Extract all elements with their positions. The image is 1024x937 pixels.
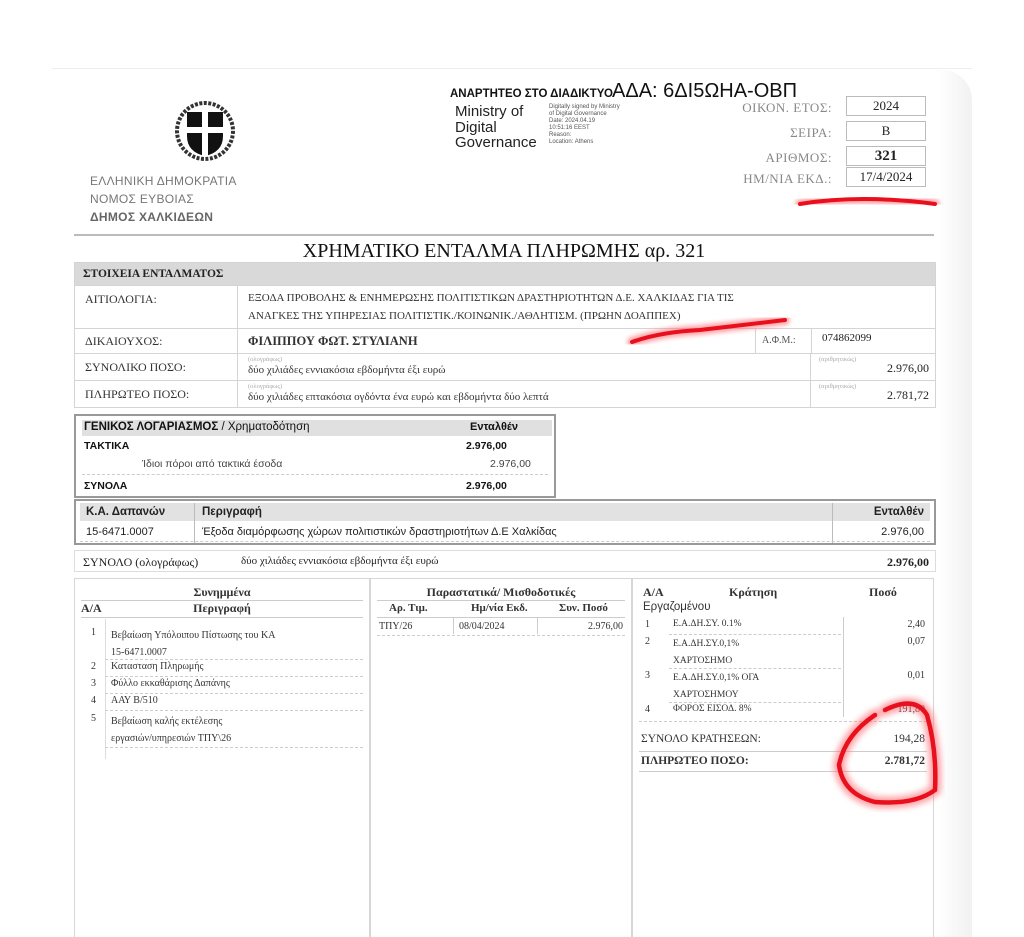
grand-total-amount: 2.976,00 — [887, 555, 929, 570]
deductions-total-label: ΣΥΝΟΛΟ ΚΡΑΤΗΣΕΩΝ: — [641, 733, 761, 745]
page-edge-shadow — [938, 70, 972, 937]
issue-date-value: 17/4/2024 — [846, 167, 926, 187]
grand-total-label: ΣΥΝΟΛΟ (ολογράφως) — [83, 555, 198, 570]
attachment-no: 5 — [91, 713, 96, 724]
total-amount-row: ΣΥΝΟΛΙΚΟ ΠΟΣΟ: (ολογράφως) δύο χιλιάδες … — [75, 353, 935, 380]
reason-label: ΑΙΤΙΟΛΟΓΙΑ: — [75, 286, 238, 328]
deduction-amount-header: Ποσό — [869, 585, 897, 600]
funding-category: ΤΑΚΤΙΚΑ — [84, 440, 129, 452]
deduction-no-header: Α/Α — [643, 585, 664, 600]
words-caption: (ολογράφως) — [248, 356, 282, 363]
fiscal-year-value: 2024 — [846, 96, 926, 116]
grand-total-words: δύο χιλιάδες εννιακόσια εβδομήντα έξι ευ… — [241, 555, 439, 567]
attachment-description: ΑΑΥ Β/510 — [111, 695, 158, 706]
deduction-amount: 0,01 — [908, 670, 926, 681]
funding-totals-amount: 2.976,00 — [466, 480, 507, 492]
section-title: ΣΤΟΙΧΕΙΑ ΕΝΤΑΛΜΑΤΟΣ — [75, 263, 935, 285]
total-amount-words: δύο χιλιάδες εννιακόσια εβδομήντα έξι ευ… — [248, 364, 446, 376]
reason-row: ΑΙΤΙΟΛΟΓΙΑ: ΕΞΟΔΑ ΠΡΟΒΟΛΗΣ & ΕΝΗΜΕΡΩΣΗΣ … — [75, 285, 935, 328]
funding-amount-header: Ενταλθέν — [470, 421, 518, 433]
funding-box: ΓΕΝΙΚΟΣ ΛΟΓΑΡΙΑΣΜΟΣ / Χρηματοδότηση Εντα… — [74, 414, 556, 498]
afm-label: Α.Φ.Μ.: — [755, 329, 811, 353]
attachment-description: Βεβαίωση καλής εκτέλεσης εργασιών/υπηρεσ… — [111, 713, 231, 747]
voucher-date: 08/04/2024 — [459, 621, 505, 632]
deduction-amount: 2,40 — [908, 619, 926, 630]
fiscal-year-label: ΟΙΚΟΝ. ΕΤΟΣ: — [742, 100, 832, 116]
deduction-no: 3 — [645, 670, 650, 681]
payable-amount-row: ΠΛΗΡΩΤΕΟ ΠΟΣΟ: (ολογράφως) δύο χιλιάδες … — [75, 380, 935, 407]
vouchers-title: Παραστατικά/ Μισθοδοτικές — [371, 585, 631, 600]
words-caption: (ολογράφως) — [248, 383, 282, 390]
payable-amount-words: δύο χιλιάδες επτακόσια ογδόντα ένα ευρώ … — [248, 391, 549, 403]
signature-details: Digitally signed by Ministry of Digital … — [549, 104, 620, 146]
numeric-caption: (αριθμητικώς) — [819, 356, 856, 363]
attachments-title: Συνημμένα — [75, 585, 369, 600]
deduction-name: ΦΟΡΟΣ ΕΙΣΟΔ. 8% — [673, 704, 752, 714]
expense-amount: 2.976,00 — [881, 526, 924, 538]
signature-issuer: Ministry of Digital Governance — [455, 104, 537, 151]
publish-online-label: ΑΝΑΡΤΗΤΕΟ ΣΤΟ ΔΙΑΔΙΚΤΥΟ — [450, 88, 613, 100]
numeric-caption: (αριθμητικώς) — [819, 383, 856, 390]
series-value: Β — [846, 121, 926, 141]
payable-amount-label: ΠΛΗΡΩΤΕΟ ΠΟΣΟ: — [75, 381, 238, 407]
expense-amount-header: Ενταλθέν — [874, 506, 924, 518]
deduction-amount: 0,07 — [908, 636, 926, 647]
afm-value: 074862099 — [811, 329, 935, 353]
deduction-no: 1 — [645, 619, 650, 630]
voucher-amount-header: Συν. Ποσό — [559, 602, 608, 614]
net-payable-label: ΠΛΗΡΩΤΕΟ ΠΟΣΟ: — [641, 755, 749, 767]
deduction-no: 2 — [645, 636, 650, 647]
attachment-no: 3 — [91, 678, 96, 689]
header-divider — [74, 234, 934, 236]
expense-code: 15-6471.0007 — [86, 526, 154, 538]
deduction-name-header: Κράτηση — [729, 585, 777, 600]
deduction-name: Ε.Α.ΔΗ.ΣΥ.0,1% ΟΓΑ ΧΑΡΤΟΣΗΜΟΥ — [673, 670, 759, 704]
org-municipality: ΔΗΜΟΣ ΧΑΛΚΙΔΕΩΝ — [90, 210, 213, 224]
voucher-number-header: Αρ. Τιμ. — [389, 602, 428, 614]
number-label: ΑΡΙΘΜΟΣ: — [766, 150, 832, 166]
payable-amount-value: 2.781,72 — [887, 388, 929, 403]
voucher-date-header: Ημ/νία Εκδ. — [471, 602, 528, 614]
attachment-description: Κατασταση Πληρωμής — [111, 661, 203, 672]
attachment-no: 1 — [91, 627, 96, 638]
voucher-amount: 2.976,00 — [588, 621, 623, 632]
deductions-total-amount: 194,28 — [893, 733, 925, 745]
attachments-panel: Συνημμένα Α/Α Περιγραφή 1 Βεβαίωση Υπόλο… — [74, 578, 370, 937]
beneficiary-name: ΦΙΛΙΠΠΟΥ ΦΩΤ. ΣΤΥΛΙΑΝΗ — [238, 329, 755, 353]
total-amount-label: ΣΥΝΟΛΙΚΟ ΠΟΣΟ: — [75, 354, 238, 380]
net-payable-amount: 2.781,72 — [885, 755, 925, 767]
attachment-description: Φύλλο εκκαθάρισης Δαπάνης — [111, 678, 230, 689]
org-country: ΕΛΛΗΝΙΚΗ ΔΗΜΟΚΡΑΤΙΑ — [90, 174, 237, 188]
deduction-group: Εργαζομένου — [643, 601, 711, 613]
deduction-name: Ε.Α.ΔΗ.ΣΥ.0,1% ΧΑΡΤΟΣΗΜΟ — [673, 636, 739, 670]
series-label: ΣΕΙΡΑ: — [790, 125, 832, 141]
greek-coat-of-arms-icon — [174, 100, 236, 162]
deductions-panel: Α/Α Κράτηση Ποσό Εργαζομένου 1 Ε.Α.ΔΗ.ΣΥ… — [632, 578, 934, 937]
funding-source-amount: 2.976,00 — [490, 458, 531, 470]
deduction-no: 4 — [645, 704, 650, 715]
funding-header: ΓΕΝΙΚΟΣ ΛΟΓΑΡΙΑΣΜΟΣ / Χρηματοδότηση — [84, 421, 310, 433]
total-amount-value: 2.976,00 — [887, 361, 929, 376]
beneficiary-label: ΔΙΚΑΙΟΥΧΟΣ: — [75, 329, 238, 353]
voucher-number: ΤΠΥ/26 — [379, 621, 412, 632]
reason-text: ΕΞΟΔΑ ΠΡΟΒΟΛΗΣ & ΕΝΗΜΕΡΩΣΗΣ ΠΟΛΙΤΙΣΤΙΚΩΝ… — [238, 286, 935, 328]
funding-source: Ίδιοι πόροι από τακτικά έσοδα — [142, 458, 282, 470]
vouchers-panel: Παραστατικά/ Μισθοδοτικές Αρ. Τιμ. Ημ/νί… — [370, 578, 632, 937]
number-value: 321 — [846, 146, 926, 166]
expense-code-table: Κ.Α. Δαπανών Περιγραφή Ενταλθέν 15-6471.… — [74, 499, 936, 545]
document-title: ΧΡΗΜΑΤΙΚΟ ΕΝΤΑΛΜΑ ΠΛΗΡΩΜΗΣ αρ. 321 — [74, 240, 934, 263]
expense-code-header: Κ.Α. Δαπανών — [86, 506, 165, 518]
attachment-no: 2 — [91, 661, 96, 672]
attachment-no: 4 — [91, 695, 96, 706]
deduction-name: Ε.Α.ΔΗ.ΣΥ. 0.1% — [673, 619, 742, 629]
grand-total-row: ΣΥΝΟΛΟ (ολογράφως) δύο χιλιάδες εννιακόσ… — [74, 550, 936, 572]
expense-description: Έξοδα διαμόρφωσης χώρων πολιτιστικών δρα… — [202, 526, 557, 538]
attachments-desc-header: Περιγραφή — [75, 601, 369, 616]
org-prefecture: ΝΟΜΟΣ ΕΥΒΟΙΑΣ — [90, 192, 194, 206]
beneficiary-row: ΔΙΚΑΙΟΥΧΟΣ: ΦΙΛΙΠΠΟΥ ΦΩΤ. ΣΤΥΛΙΑΝΗ Α.Φ.Μ… — [75, 328, 935, 353]
funding-category-amount: 2.976,00 — [466, 440, 507, 452]
funding-totals-label: ΣΥΝΟΛΑ — [84, 480, 127, 492]
payment-order-details: ΣΤΟΙΧΕΙΑ ΕΝΤΑΛΜΑΤΟΣ ΑΙΤΙΟΛΟΓΙΑ: ΕΞΟΔΑ ΠΡ… — [74, 262, 936, 408]
deduction-amount: 191,80 — [898, 704, 926, 715]
attachment-description: Βεβαίωση Υπόλοιπου Πίστωσης του ΚΑ 15-64… — [111, 627, 275, 661]
expense-description-header: Περιγραφή — [202, 506, 262, 518]
issue-date-label: ΗΜ/ΝΙΑ ΕΚΔ.: — [743, 171, 832, 187]
